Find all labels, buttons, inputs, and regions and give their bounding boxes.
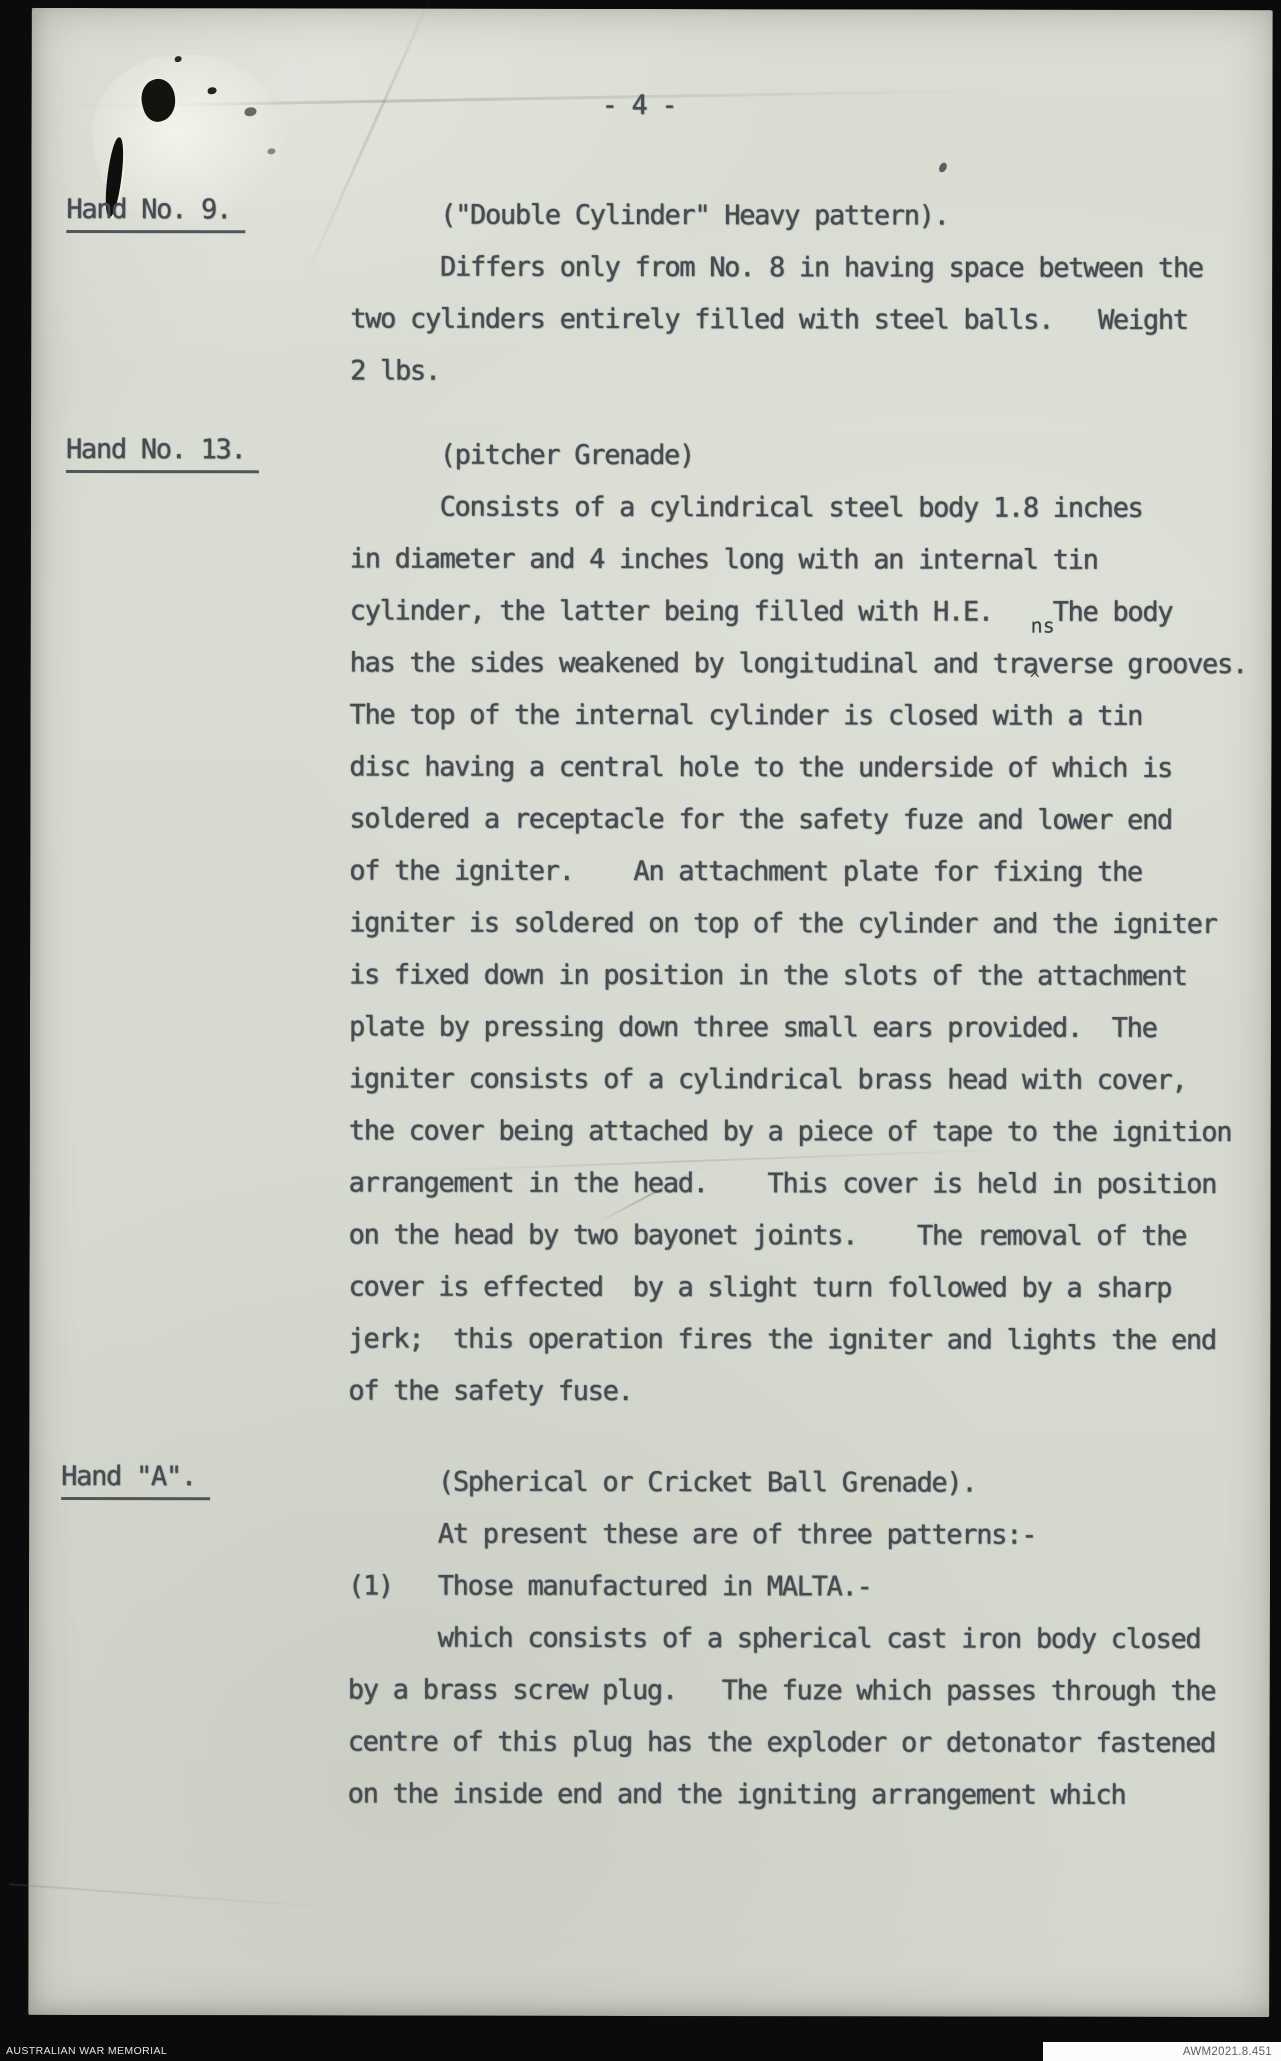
page-number: - 4 -: [602, 80, 677, 132]
scanned-document-screenshot: { "page": { "number_label": "- 4 -" }, "…: [0, 0, 1281, 2061]
paper-crease: [9, 1883, 428, 1915]
archive-id: AWM2021.8.451: [1183, 2046, 1281, 2058]
section-body: (Spherical or Cricket Ball Grenade). At …: [348, 1456, 1216, 1822]
section-hand-a: Hand "A".: [61, 1460, 210, 1500]
section-hand-no-13: Hand No. 13.: [66, 433, 260, 473]
section-body: (pitcher Grenade) Consists of a cylindri…: [348, 429, 1247, 1419]
archive-id-box: AWM2021.8.451: [1043, 2042, 1281, 2061]
document-page: - 4 - Hand No. 9. ("Double Cylinder" Hea…: [28, 8, 1273, 2017]
section-heading: Hand No. 13.: [66, 433, 260, 473]
section-heading: Hand No. 9.: [66, 193, 245, 233]
archive-label: AUSTRALIAN WAR MEMORIAL: [6, 2045, 167, 2057]
insertion-caret: ^: [1030, 672, 1040, 689]
section-heading: Hand "A".: [61, 1460, 210, 1500]
section-hand-no-9: Hand No. 9.: [66, 193, 245, 233]
section-body: ("Double Cylinder" Heavy pattern). Diffe…: [350, 189, 1203, 398]
handwritten-insertion: ns: [1031, 616, 1055, 636]
ink-speck: [938, 162, 948, 174]
